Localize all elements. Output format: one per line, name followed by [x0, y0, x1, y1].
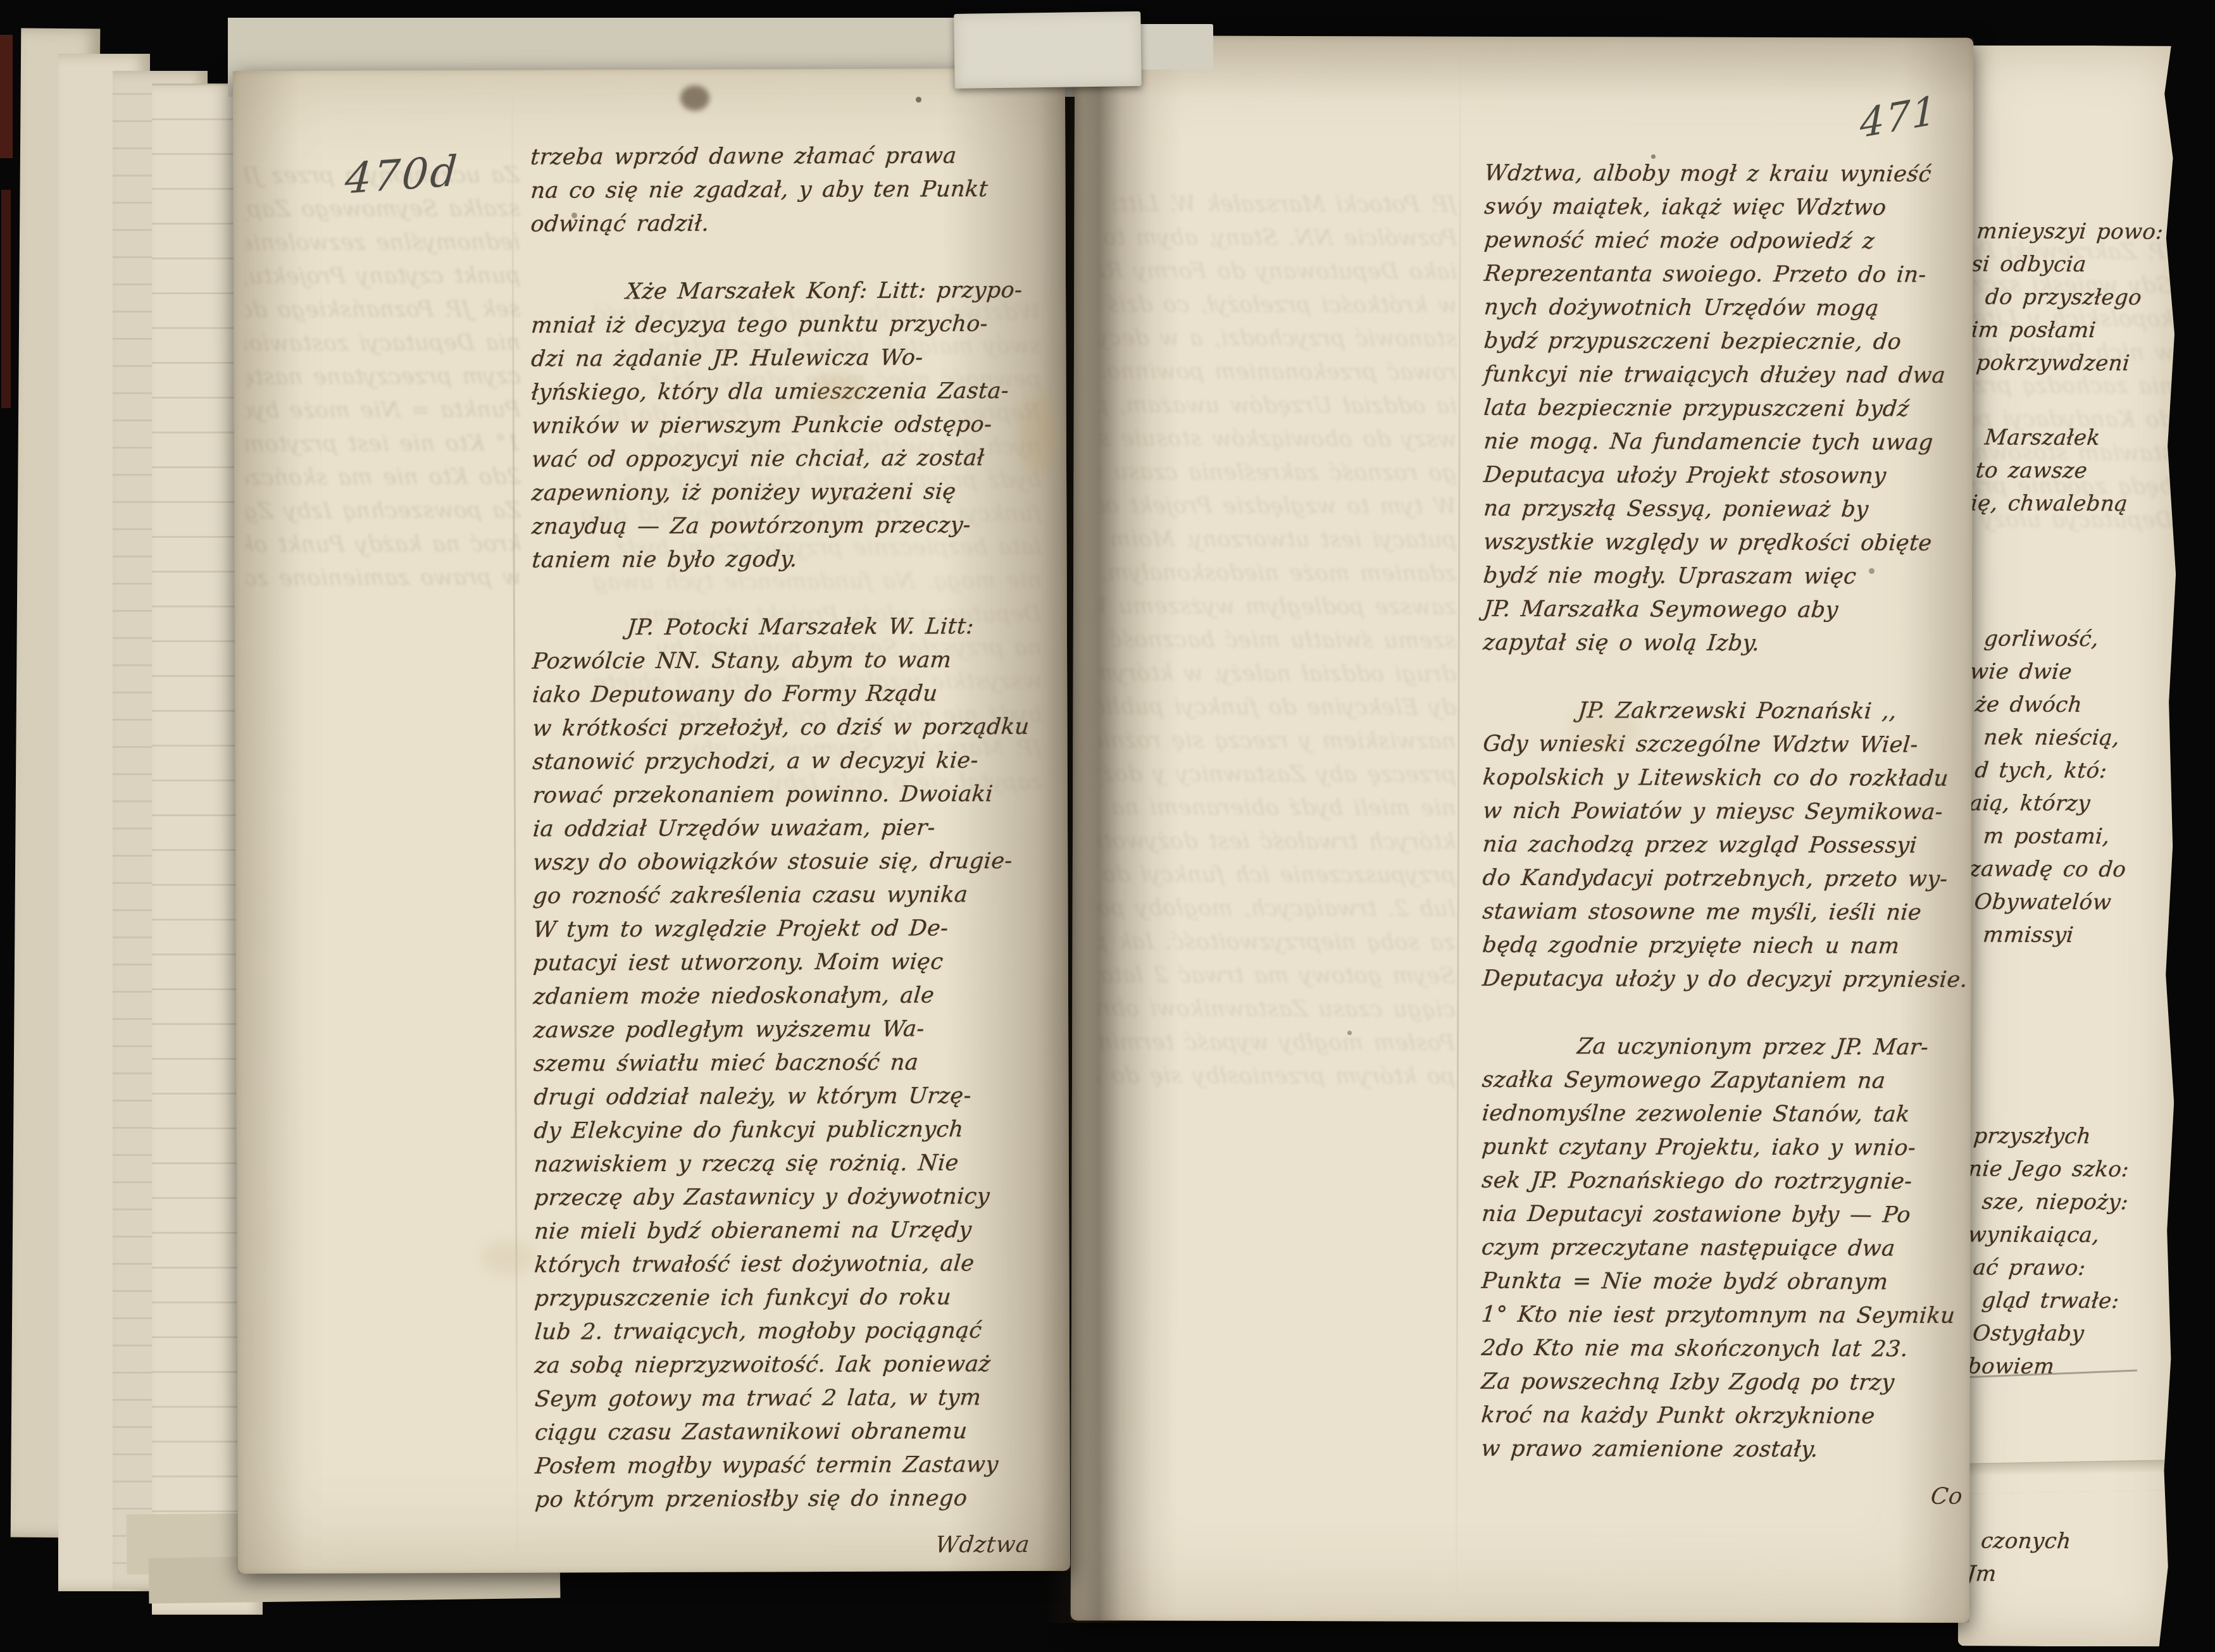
manuscript-line: w krótkości przełożył, co dziś w porządk… [531, 711, 1049, 746]
manuscript-line: wników w pierwszym Punkcie odstępo- [530, 408, 1049, 444]
manuscript-line: putacyi iest utworzony. Moim więc [532, 945, 1051, 981]
manuscript-line: na przyszłą Sessyą, ponieważ by [1482, 492, 1988, 527]
manuscript-line: szałka Seymowego Zapytaniem na [1481, 1064, 1987, 1098]
folio-number-left: 470d [344, 146, 461, 203]
manuscript-line: kroć na każdy Punkt okrzyknione [244, 528, 523, 562]
manuscript-line: Punkta = Nie może bydź obranym [244, 394, 522, 428]
manuscript-line: czym przeczytane następuiące dwa [244, 360, 522, 395]
manuscript-line: sek JP. Poznańskiego do roztrzygnie- [244, 293, 521, 328]
manuscript-line: drugi oddział należy, w którym Urzę- [532, 1079, 1051, 1115]
manuscript-line: nazwiskiem y rzeczą się rożnią. Nie [1097, 724, 1457, 758]
manuscript-line: funkcyi nie trwaiących dłużey nad dwa [1482, 358, 1988, 393]
manuscript-line: będą zgodnie przyięte niech u nam [1481, 929, 1987, 964]
manuscript-line: przypuszczenie ich funkcyi do roku [1097, 858, 1457, 892]
manuscript-line: Wdztwa, alboby mogł z kraiu wynieść [1483, 157, 1989, 192]
manuscript-line: kopolskich y Litewskich co do rozkładu [1482, 761, 1988, 796]
manuscript-line: taniem nie było zgody. [530, 542, 1049, 578]
manuscript-line: dzi na żądanie JP. Hulewicza Wo- [530, 341, 1048, 376]
manuscript-line: lata bezpiecznie przypuszczeni bydź [1482, 392, 1988, 426]
manuscript-line: Ostygłaby [1966, 1317, 2178, 1350]
manuscript-line: nych dożywotnich Urzędów mogą [1483, 291, 1989, 326]
manuscript-line: Reprezentanta swoiego. Przeto do in- [1483, 258, 1989, 292]
manuscript-line: wać od oppozycyi nie chciał, aż został [530, 442, 1049, 477]
manuscript-line: go rozność zakreślenia czasu wynika [1097, 456, 1457, 490]
manuscript-line: Obywatelów [1968, 885, 2180, 919]
manuscript-line: wie dwie [1969, 655, 2181, 688]
manuscript-line: wszystkie względy w prędkości obięte [1482, 526, 1988, 561]
paragraph: JP. Zakrzewski Poznański ,,Gdy wnieski s… [1482, 694, 1986, 997]
manuscript-line: Deputacya ułoży y do decyzyi przyniesie. [1481, 962, 1987, 997]
manuscript-line: iednomyślne zezwolenie Stanów, tak [244, 226, 521, 261]
manuscript-line: nie mogą. Na fundamencie tych uwag [1482, 425, 1988, 460]
manuscript-line: si odbycia [1970, 247, 2182, 281]
manuscript-line: mniał iż decyzya tego punktu przycho- [530, 307, 1048, 343]
manuscript-line: stanowić przychodzi, a w decyzyi kie- [531, 744, 1049, 779]
manuscript-line: rować przekonaniem powinno. Dwoiaki [1098, 355, 1457, 389]
paragraph: Za uczynionym przez JP. Mar-szałka Seymo… [1481, 1030, 1985, 1467]
manuscript-line: ać prawo: [1966, 1251, 2178, 1284]
manuscript-line: Pozwólcie NN. Stany, abym to wam [531, 643, 1049, 679]
manuscript-line: punkt czytany Projektu, iako y wnio- [1480, 1131, 1987, 1165]
manuscript-line: wynikaiąca, [1966, 1218, 2178, 1251]
manuscript-line: ię, chwalebną [1969, 487, 2181, 520]
manuscript-line: punkt czytany Projektu, iako y wnio- [244, 259, 521, 294]
manuscript-line: 2do Kto nie ma skończonych lat 23. [1480, 1332, 1986, 1367]
manuscript-line: Punkta = Nie może bydź obranym [1480, 1265, 1987, 1300]
right-page: JP. Potocki Marszałek W. Litt:Pozwólcie … [1071, 35, 1974, 1623]
manuscript-line: w krótkości przełożył, co dziś w porządk… [1098, 288, 1457, 322]
binding-sliver [1, 190, 11, 408]
manuscript-line: łyńskiego, który dla umieszczenia Zasta- [530, 375, 1048, 410]
manuscript-line: Za powszechną Izby Zgodą po trzy [1480, 1365, 1986, 1400]
manuscript-line: W tym to względzie Projekt od De- [532, 912, 1050, 947]
manuscript-line: których trwałość iest dożywotnia, ale [1097, 824, 1457, 859]
catchword: Wdztwa [534, 1532, 1052, 1560]
catchword: Co [1480, 1482, 1985, 1510]
manuscript-line: zapewniony, iż poniżey wyrażeni się [530, 475, 1049, 511]
manuscript-line: putacyi iest utworzony. Moim więc [1097, 523, 1457, 557]
manuscript-line: szemu światłu mieć baczność na [532, 1046, 1051, 1081]
manuscript-line: Za uczynionym przez JP. Mar- [1481, 1030, 1987, 1065]
manuscript-line: pokrzywdzeni [1969, 346, 2181, 380]
manuscript-line: JP. Potocki Marszałek W. Litt: [531, 610, 1049, 645]
manuscript-line: trzeba wprzód dawne złamać prawa [529, 139, 1047, 175]
manuscript-line: zawsze podległym wyższemu Wa- [532, 1012, 1051, 1048]
manuscript-line: Posłem mogłby wypaść termin Zastawy [533, 1448, 1052, 1484]
paragraph: trzeba wprzód dawne złamać prawana co si… [530, 139, 1047, 242]
left-page-text-column: trzeba wprzód dawne złamać prawana co si… [530, 139, 1051, 1560]
right-edge-page: JP. Zakrzewski Poznański ,,Gdy wnieski s… [1958, 45, 2180, 1646]
manuscript-line: do Kandydacyi potrzebnych, przeto wy- [1481, 862, 1987, 897]
manuscript-line: na co się nie zgadzał, y aby ten Punkt [529, 173, 1047, 208]
manuscript-line: przeczę aby Zastawnicy y dożywotnicy [533, 1180, 1051, 1215]
manuscript-line: w prawo zamienione zostały. [244, 561, 523, 596]
paper-slip [954, 11, 1142, 89]
manuscript-line: w nich Powiatów y mieysc Seymikowa- [1482, 795, 1988, 829]
manuscript-line: d tych, któ: [1968, 754, 2180, 787]
manuscript-line: Za powszechną Izby Zgodą po trzy [244, 494, 522, 529]
manuscript-line: bydź nie mogły. Upraszam więc [1482, 559, 1988, 594]
manuscript-line: bydź przypuszczeni bezpiecznie, do [1483, 325, 1989, 359]
manuscript-line: lub 2. trwaiących, mogłoby pociągnąć [1096, 891, 1456, 926]
manuscript-line: wszy do obowiązków stosuie się, drugie- [1097, 422, 1457, 456]
manuscript-line: Gdy wnieski szczególne Wdztw Wiel- [1482, 728, 1988, 762]
manuscript-line: zapytał się o wolą Izby. [1482, 626, 1988, 661]
manuscript-line: JP. Potocki Marszałek W. Litt: [1098, 187, 1457, 221]
manuscript-line: nek nieścią, [1968, 721, 2180, 754]
manuscript-line: Xże Marszałek Konf: Litt: przypo- [530, 274, 1048, 309]
manuscript-line: pewność mieć może odpowiedź z [1483, 224, 1989, 259]
manuscript-line: że dwóch [1968, 688, 2180, 721]
manuscript-line: dy Elekcyine do funkcyi publicznych [532, 1113, 1051, 1148]
manuscript-line: gorliwość, [1969, 622, 2181, 655]
right-edge-text-fragments: mnieyszyi powo:si odbyciado przyszłegoim… [1967, 214, 2181, 1591]
manuscript-line: iako Deputowany do Formy Rządu [1098, 254, 1457, 289]
manuscript-line: to zawsze [1969, 454, 2181, 487]
manuscript-line: Deputacya ułoży Projekt stosowny [1482, 459, 1988, 494]
manuscript-line: W tym to względzie Projekt od De- [1097, 489, 1457, 523]
sheet-edge [1958, 1460, 2175, 1494]
binding-sliver [0, 35, 13, 158]
manuscript-line: gląd trwałe: [1966, 1284, 2178, 1317]
bleedthrough-text: Za uczynionym przez JP. Mar-szałka Seymo… [244, 159, 525, 1539]
manuscript-line: po którym przeniosłby się do innego [534, 1482, 1052, 1517]
bleedthrough-text: JP. Potocki Marszałek W. Litt:Pozwólcie … [1096, 187, 1457, 1593]
manuscript-line: nazwiskiem y rzeczą się rożnią. Nie [533, 1146, 1051, 1182]
manuscript-line: nia Deputacyi zostawione były — Po [244, 326, 521, 361]
manuscript-line: JP. Marszałka Seymowego aby [1482, 593, 1988, 628]
manuscript-line: ia oddział Urzędów uważam, pier- [532, 811, 1050, 847]
paragraph: JP. Potocki Marszałek W. Litt:Pozwólcie … [532, 610, 1051, 1517]
manuscript-line: 1° Kto nie iest przytomnym na Seymiku [244, 427, 522, 462]
manuscript-line: drugi oddział należy, w którym Urzę- [1097, 657, 1457, 691]
manuscript-line: ciągu czasu Zastawnikowi obranemu [533, 1415, 1052, 1450]
manuscript-line: swóy maiątek, iakąż więc Wdztwo [1483, 190, 1989, 225]
manuscript-line: zdaniem może niedoskonałym, ale [532, 979, 1051, 1014]
manuscript-line: ciągu czasu Zastawnikowi obranemu [1096, 992, 1456, 1026]
manuscript-line: zawadę co do [1968, 852, 2180, 886]
manuscript-line: przyszłych [1967, 1119, 2179, 1153]
manuscript-line: aią, którzy [1968, 786, 2180, 820]
manuscript-line: nia zachodzą przez wzgląd Possessyi [1482, 828, 1988, 863]
left-page: Za uczynionym przez JP. Mar-szałka Seymo… [233, 68, 1070, 1574]
manuscript-line: wszy do obowiązków stosuie się, drugie- [532, 845, 1050, 880]
manuscript-line: w prawo zamienione zostały. [1480, 1432, 1986, 1467]
manuscript-line: czym przeczytane następuiące dwa [1480, 1231, 1987, 1266]
manuscript-line: Pozwólcie NN. Stany, abym to wam [1098, 221, 1457, 255]
manuscript-line: m postami, [1968, 819, 2180, 853]
manuscript-line: stawiam stosowne me myśli, ieśli nie [1481, 895, 1987, 930]
manuscript-line: przypuszczenie ich funkcyi do roku [533, 1281, 1051, 1316]
foxing-specks [0, 0, 3, 3]
manuscript-line: iednomyślne zezwolenie Stanów, tak [1480, 1097, 1987, 1132]
manuscript-line: dy Elekcyine do funkcyi publicznych [1097, 690, 1457, 724]
manuscript-line: Jm [1966, 1557, 2178, 1591]
manuscript-line: zdaniem może niedoskonałym, ale [1097, 556, 1457, 590]
manuscript-line: Posłem mogłby wypaść termin Zastawy [1096, 1026, 1456, 1060]
manuscript-line: których trwałość iest dożywotnia, ale [533, 1247, 1051, 1282]
manuscript-line: Seym gotowy ma trwać 2 lata, w tym [533, 1381, 1052, 1417]
manuscript-line: odwinąć radził. [529, 206, 1047, 242]
manuscript-line: stanowić przychodzi, a w decyzyi kie- [1098, 321, 1457, 356]
right-page-text-column: Wdztwa, alboby mogł z kraiu wynieśćswóy … [1481, 157, 1988, 1510]
manuscript-line: zawsze podległym wyższemu Wa- [1097, 590, 1457, 624]
manuscript-line: lub 2. trwaiących, mogłoby pociągnąć [533, 1314, 1052, 1350]
manuscript-line: do przyszłego [1970, 280, 2182, 314]
manuscript-line: im posłami [1969, 313, 2181, 347]
manuscript-line: nie Jego szko: [1967, 1152, 2179, 1186]
manuscript-line: rować przekonaniem powinno. Dwoiaki [532, 778, 1050, 813]
manuscript-line: bowiem [1966, 1350, 2178, 1383]
manuscript-line: Seym gotowy ma trwać 2 lata, w tym [1096, 959, 1456, 993]
manuscript-line: mmissyi [1968, 918, 2180, 952]
manuscript-line: Marszałek [1969, 421, 2181, 454]
manuscript-line: po którym przeniosłby się do innego [1096, 1059, 1456, 1093]
paper-slip [1134, 24, 1213, 70]
manuscript-line: nia Deputacyi zostawione były — Po [1480, 1198, 1987, 1233]
manuscript-line: znayduą — Za powtórzonym przeczy- [530, 509, 1049, 544]
manuscript-line: kroć na każdy Punkt okrzyknione [1480, 1399, 1986, 1434]
manuscript-line: JP. Zakrzewski Poznański ,, [1482, 694, 1988, 729]
manuscript-line: go rozność zakreślenia czasu wynika [532, 878, 1050, 914]
manuscript-line: nie mieli bydź obieranemi na Urzędy [533, 1214, 1051, 1249]
manuscript-line: szemu światłu mieć baczność na [1097, 623, 1457, 657]
manuscript-line: nie mieli bydź obieranemi na Urzędy [1097, 791, 1457, 825]
paragraph: Xże Marszałek Konf: Litt: przypo-mniał i… [531, 274, 1048, 578]
manuscript-line: przeczę aby Zastawnicy y dożywotnicy [1097, 757, 1457, 792]
page-crease [1456, 37, 1462, 1622]
manuscript-line: za sobą nieprzyzwoitość. Iak ponieważ [533, 1348, 1052, 1383]
manuscript-line: za sobą nieprzyzwoitość. Iak ponieważ [1096, 925, 1456, 959]
paragraph: Wdztwa, alboby mogł z kraiu wynieśćswóy … [1483, 157, 1988, 661]
page-crease [511, 70, 518, 1573]
manuscript-line: czonych [1966, 1524, 2178, 1558]
manuscript-line: ia oddział Urzędów uważam, pier- [1098, 388, 1457, 423]
ink-blot [680, 85, 709, 111]
manuscript-line: sek JP. Poznańskiego do roztrzygnie- [1480, 1164, 1987, 1199]
manuscript-scan: Za uczynionym przez JP. Mar-szałka Seymo… [0, 0, 2215, 1652]
manuscript-line: 2do Kto nie ma skończonych lat 23. [244, 461, 522, 495]
manuscript-line: sze, niepoży: [1967, 1185, 2179, 1219]
manuscript-line: iako Deputowany do Formy Rządu [531, 677, 1049, 712]
manuscript-line: mnieyszyi powo: [1970, 214, 2182, 248]
manuscript-line: 1° Kto nie iest przytomnym na Seymiku [1480, 1298, 1987, 1333]
